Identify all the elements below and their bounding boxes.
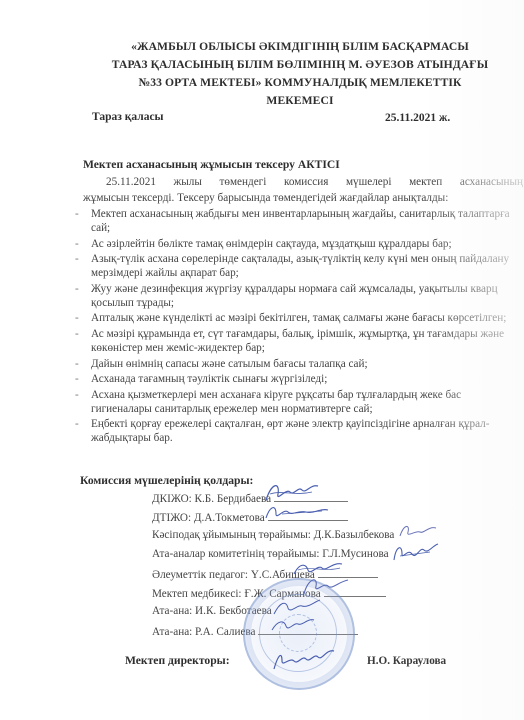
dash-bullet: - bbox=[75, 372, 79, 386]
signature-scribble-icon bbox=[396, 520, 440, 542]
finding-text: Асханада тағамның тәуліктік сынағы жүргі… bbox=[91, 373, 327, 385]
dash-bullet: - bbox=[75, 252, 79, 266]
dash-bullet: - bbox=[75, 388, 79, 402]
finding-text: Дайын өнімнің сапасы және сатылым бағасы… bbox=[91, 358, 368, 370]
finding-text: Ас мәзірі құрамында ет, сүт тағамдары, б… bbox=[91, 328, 504, 354]
header-line: «ЖАМБЫЛ ОБЛЫСЫ ӘКІМДІГІНІҢ БІЛІМ БАСҚАРМ… bbox=[80, 38, 520, 56]
signature-scribble-icon bbox=[390, 540, 440, 564]
signatures-title: Комиссия мүшелерінің қолдары: bbox=[80, 474, 253, 487]
finding-item: -Жуу және дезинфекция жүргізу құралдары … bbox=[75, 282, 524, 310]
act-title: Мектеп асханасының жұмысын тексеру АКТІС… bbox=[83, 158, 340, 171]
header-line: ТАРАЗ ҚАЛАСЫНЫҢ БІЛІМ БӨЛІМІНІҢ М. ӘУЕЗО… bbox=[80, 56, 520, 74]
document-date: 25.11.2021 ж. bbox=[385, 112, 450, 124]
signature-scribble-icon bbox=[298, 574, 354, 598]
finding-item: -Апталық және күнделікті ас мәзірі бекіт… bbox=[75, 311, 524, 325]
finding-item: -Дайын өнімнің сапасы және сатылым бағас… bbox=[75, 357, 524, 371]
signatory-row: Ата-аналар комитетінің төрайымы: Г.Л.Мус… bbox=[152, 548, 389, 560]
finding-text: Еңбекті қорғау ережелері сақталған, өрт … bbox=[91, 418, 489, 444]
finding-item: -Асхана қызметкерлері мен асханаға кіруг… bbox=[75, 388, 524, 416]
dash-bullet: - bbox=[75, 327, 79, 341]
finding-item: -Азық-түлік асхана сөрелерінде сақталады… bbox=[75, 252, 524, 280]
signatory-label: Кәсіподақ ұйымының төрайымы: Д.К.Базылбе… bbox=[152, 529, 394, 541]
finding-text: Апталық және күнделікті ас мәзірі бекіті… bbox=[91, 312, 506, 324]
dash-bullet: - bbox=[75, 207, 79, 221]
dash-bullet: - bbox=[75, 282, 79, 296]
director-label: Мектеп директоры: bbox=[125, 654, 230, 667]
finding-item: -Ас әзірлейтін бөлікте тамақ өнімдерін с… bbox=[75, 237, 524, 251]
findings-list: -Мектеп асханасының жабдығы мен инвентар… bbox=[75, 207, 524, 447]
intro-line: жұмысын тексерді. Тексеру барысында төме… bbox=[83, 190, 523, 206]
signatory-label: Ата-аналар комитетінің төрайымы: Г.Л.Мус… bbox=[152, 548, 389, 560]
finding-item: -Еңбекті қорғау ережелері сақталған, өрт… bbox=[75, 417, 524, 445]
header-line: №33 ОРТА МЕКТЕБІ» КОММУНАЛДЫҚ МЕМЛЕКЕТТІ… bbox=[80, 74, 520, 92]
signatory-label: ДТІЖО: Д.А.Токметова bbox=[152, 512, 265, 524]
finding-item: -Мектеп асханасының жабдығы мен инвентар… bbox=[75, 207, 524, 235]
document-header: «ЖАМБЫЛ ОБЛЫСЫ ӘКІМДІГІНІҢ БІЛІМ БАСҚАРМ… bbox=[80, 38, 520, 110]
signature-scribble-icon bbox=[262, 502, 332, 522]
dash-bullet: - bbox=[75, 417, 79, 431]
finding-text: Азық-түлік асхана сөрелерінде сақталады,… bbox=[91, 253, 509, 279]
finding-text: Жуу және дезинфекция жүргізу құралдары н… bbox=[91, 283, 498, 309]
signatory-label: Ата-ана: Р.А. Салиева bbox=[152, 626, 256, 638]
dash-bullet: - bbox=[75, 357, 79, 371]
document-place: Тараз қаласы bbox=[92, 111, 164, 123]
document-page: «ЖАМБЫЛ ОБЛЫСЫ ӘКІМДІГІНІҢ БІЛІМ БАСҚАРМ… bbox=[0, 0, 524, 720]
intro-line: 25.11.2021 жылы төмендегі комиссия мүшел… bbox=[83, 174, 523, 190]
header-line: МЕКЕМЕСІ bbox=[80, 92, 520, 110]
finding-text: Асхана қызметкерлері мен асханаға кіруге… bbox=[91, 389, 461, 415]
dash-bullet: - bbox=[75, 237, 79, 251]
finding-text: Мектеп асханасының жабдығы мен инвентарл… bbox=[91, 208, 510, 234]
signature-scribble-icon bbox=[268, 645, 338, 673]
finding-item: -Асханада тағамның тәуліктік сынағы жүрг… bbox=[75, 372, 524, 386]
finding-item: -Ас мәзірі құрамында ет, сүт тағамдары, … bbox=[75, 327, 524, 355]
signature-scribble-icon bbox=[268, 614, 318, 636]
director-name: Н.О. Караулова bbox=[367, 655, 446, 667]
intro-paragraph: 25.11.2021 жылы төмендегі комиссия мүшел… bbox=[83, 174, 523, 206]
signatory-row: Кәсіподақ ұйымының төрайымы: Д.К.Базылбе… bbox=[152, 529, 394, 541]
dash-bullet: - bbox=[75, 311, 79, 325]
signatory-label: ДКІЖО: К.Б. Бердибаева bbox=[152, 493, 271, 505]
finding-text: Ас әзірлейтін бөлікте тамақ өнімдерін са… bbox=[91, 238, 452, 250]
